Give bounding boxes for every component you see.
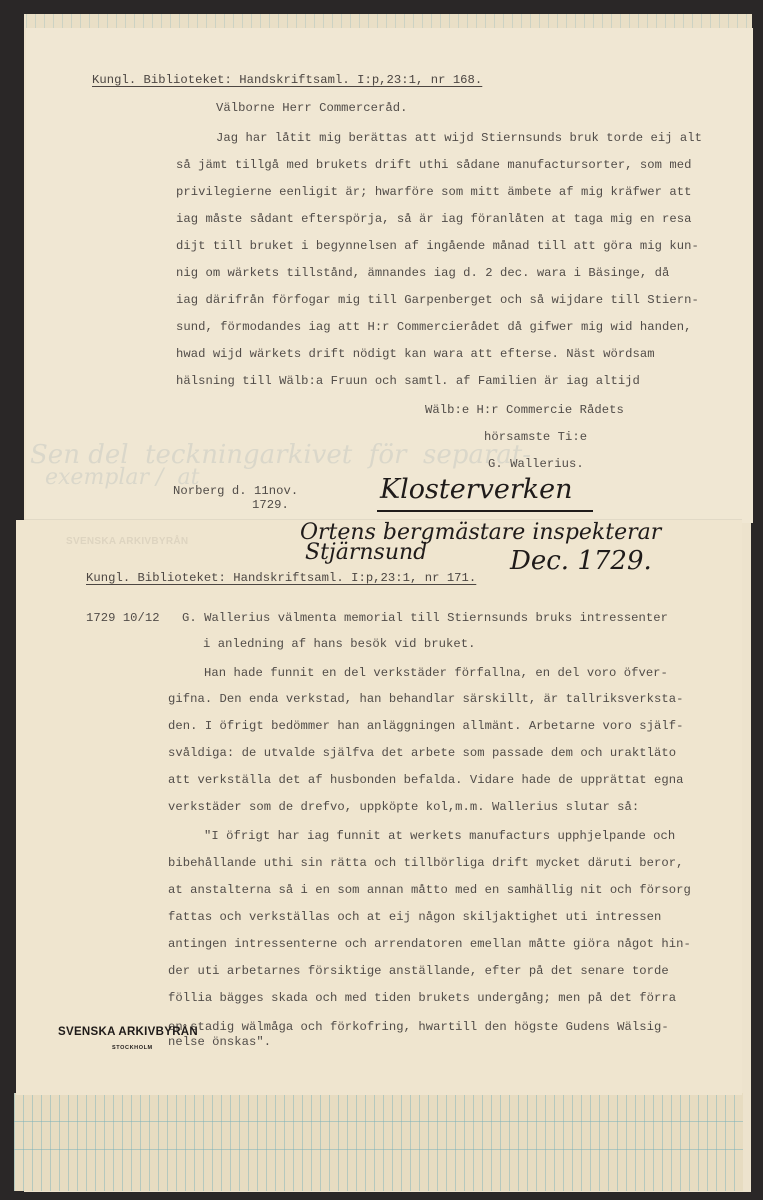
graph-paper-bottom bbox=[14, 1093, 743, 1191]
letter-line: dijt till bruket i begynnelsen af ingåen… bbox=[176, 239, 699, 253]
letter-line: hwad wijd wärkets drift nödigt kan wara … bbox=[176, 347, 655, 361]
place-date-year: 1729. bbox=[252, 498, 289, 512]
memo-line: verkstäder som de drefvo, uppköpte kol,m… bbox=[168, 800, 639, 814]
memo-line: att verkställa det af husbonden befalda.… bbox=[168, 773, 683, 787]
handwritten-note: Stjärnsund bbox=[305, 540, 427, 565]
closing-line: Wälb:e H:r Commercie Rådets bbox=[425, 403, 624, 417]
letter-line: iag måste sådant efterspörja, så är iag … bbox=[176, 212, 691, 226]
salutation: Välborne Herr Commerceråd. bbox=[216, 101, 407, 115]
handwritten-date: Dec. 1729. bbox=[510, 546, 652, 576]
letter-line: så jämt tillgå med brukets drift uthi så… bbox=[176, 158, 691, 172]
quote-line: der uti arbetarnes försiktige anställand… bbox=[168, 964, 669, 978]
quote-line: föllia bägges skada och med tiden bruket… bbox=[168, 991, 676, 1005]
letter-line: sund, förmodandes iag att H:r Commercier… bbox=[176, 320, 691, 334]
letter-line: Jag har låtit mig berättas att wijd Stie… bbox=[216, 131, 702, 145]
title-underline bbox=[377, 510, 593, 512]
archive-stamp-city: STOCKHOLM bbox=[112, 1045, 153, 1051]
ghost-stamp-imprint: SVENSKA ARKIVBYRÅN bbox=[66, 536, 188, 547]
quote-line: "I öfrigt har iag funnit at werkets manu… bbox=[204, 829, 675, 843]
memo-date: 1729 10/12 bbox=[86, 611, 160, 625]
memo-line: i anledning af hans besök vid bruket. bbox=[203, 637, 475, 651]
quote-line: antingen intressenterne och arrendatoren… bbox=[168, 937, 691, 951]
letter-line: hälsning till Wälb:a Fruun och samtl. af… bbox=[176, 374, 640, 388]
reference-168: Kungl. Biblioteket: Handskriftsaml. I:p,… bbox=[92, 73, 482, 87]
signature: G. Wallerius. bbox=[488, 457, 584, 471]
closing-line: hörsamste Ti:e bbox=[484, 430, 587, 444]
memo-line: gifna. Den enda verkstad, han behandlar … bbox=[168, 692, 683, 706]
letter-line: nig om wärkets tillstånd, ämnandes iag d… bbox=[176, 266, 669, 280]
letter-line: iag därifrån förfogar mig till Garpenber… bbox=[176, 293, 699, 307]
place-date: Norberg d. 11nov. bbox=[173, 484, 298, 498]
letter-line: privilegierne eenligit är; hwarföre som … bbox=[176, 185, 691, 199]
graph-paper-strip-top bbox=[26, 14, 752, 28]
quote-line: fattas och verkställas och at eij någon … bbox=[168, 910, 661, 924]
memo-line: G. Wallerius välmenta memorial till Stie… bbox=[182, 611, 668, 625]
handwritten-title: Klosterverken bbox=[380, 474, 573, 505]
reference-171: Kungl. Biblioteket: Handskriftsaml. I:p,… bbox=[86, 571, 476, 585]
memo-line: Han hade funnit en del verkstäder förfal… bbox=[204, 666, 668, 680]
memo-line: svåldiga: de utvalde själfva det arbete … bbox=[168, 746, 676, 760]
quote-line: en stadig wälmåga och förkofring, hwarti… bbox=[168, 1020, 669, 1034]
quote-line: at anstalterna så i en som annan måtto m… bbox=[168, 883, 691, 897]
archive-stamp: SVENSKA ARKIVBYRÅN bbox=[58, 1026, 198, 1038]
quote-line: bibehållande uthi sin rätta och tillbörl… bbox=[168, 856, 683, 870]
memo-line: den. I öfrigt bedömmer han anläggningen … bbox=[168, 719, 683, 733]
